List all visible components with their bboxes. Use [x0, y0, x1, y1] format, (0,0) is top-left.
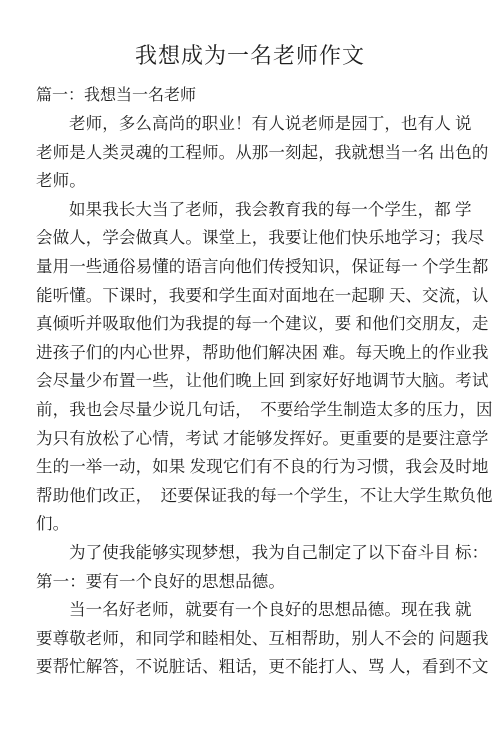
- text-line: 要帮忙解答，不说脏话、粗话，更不能打人、骂 人，看到不文: [36, 653, 486, 682]
- text-line: 为了使我能够实现梦想，我为自己制定了以下奋斗目 标：: [36, 539, 486, 568]
- text-line: 会做人，学会做真人。课堂上，我要让他们快乐地学习；我尽: [36, 224, 486, 253]
- text-line: 会尽量少布置一些，让他们晚上回 到家好好地调节大脑。考试: [36, 367, 486, 396]
- text-line: 如果我长大当了老师，我会教育我的每一个学生，都 学: [36, 196, 486, 225]
- text-line: 前，我也会尽量少说几句话， 不要给学生制造太多的压力，因: [36, 396, 486, 425]
- document-page: 我想成为一名老师作文 篇一：我想当一名老师 老师，多么高尚的职业！有人说老师是园…: [0, 0, 500, 740]
- text-line: 生的一举一动，如果 发现它们有不良的行为习惯，我会及时地: [36, 453, 486, 482]
- text-line: 要尊敬老师，和同学和睦相处、互相帮助，别人不会的 问题我: [36, 625, 486, 654]
- text-line: 当一名好老师，就要有一个良好的思想品德。现在我 就: [36, 596, 486, 625]
- document-title: 我想成为一名老师作文: [0, 40, 500, 72]
- text-line: 老师，多么高尚的职业！有人说老师是园丁，也有人 说: [36, 110, 486, 139]
- text-line: 第一：要有一个良好的思想品德。: [36, 568, 486, 597]
- section-heading: 篇一：我想当一名老师: [36, 84, 478, 108]
- text-line: 量用一些通俗易懂的语言向他们传授知识，保证每一 个学生都: [36, 253, 486, 282]
- text-line: 们。: [36, 510, 486, 539]
- text-line: 进孩子们的内心世界，帮助他们解决困 难。每天晚上的作业我: [36, 339, 486, 368]
- text-line: 为只有放松了心情，考试 才能够发挥好。更重要的是要注意学: [36, 425, 486, 454]
- text-line: 帮助他们改正， 还要保证我的每一个学生，不让大学生欺负他: [36, 482, 486, 511]
- document-body: 老师，多么高尚的职业！有人说老师是园丁，也有人 说 老师是人类灵魂的工程师。从那…: [36, 110, 486, 682]
- text-line: 老师。: [36, 167, 486, 196]
- text-line: 老师是人类灵魂的工程师。从那一刻起，我就想当一名 出色的: [36, 139, 486, 168]
- text-line: 真倾听并吸取他们为我提的每一个建议，要 和他们交朋友，走: [36, 310, 486, 339]
- text-line: 能听懂。下课时，我要和学生面对面地在一起聊 天、交流，认: [36, 282, 486, 311]
